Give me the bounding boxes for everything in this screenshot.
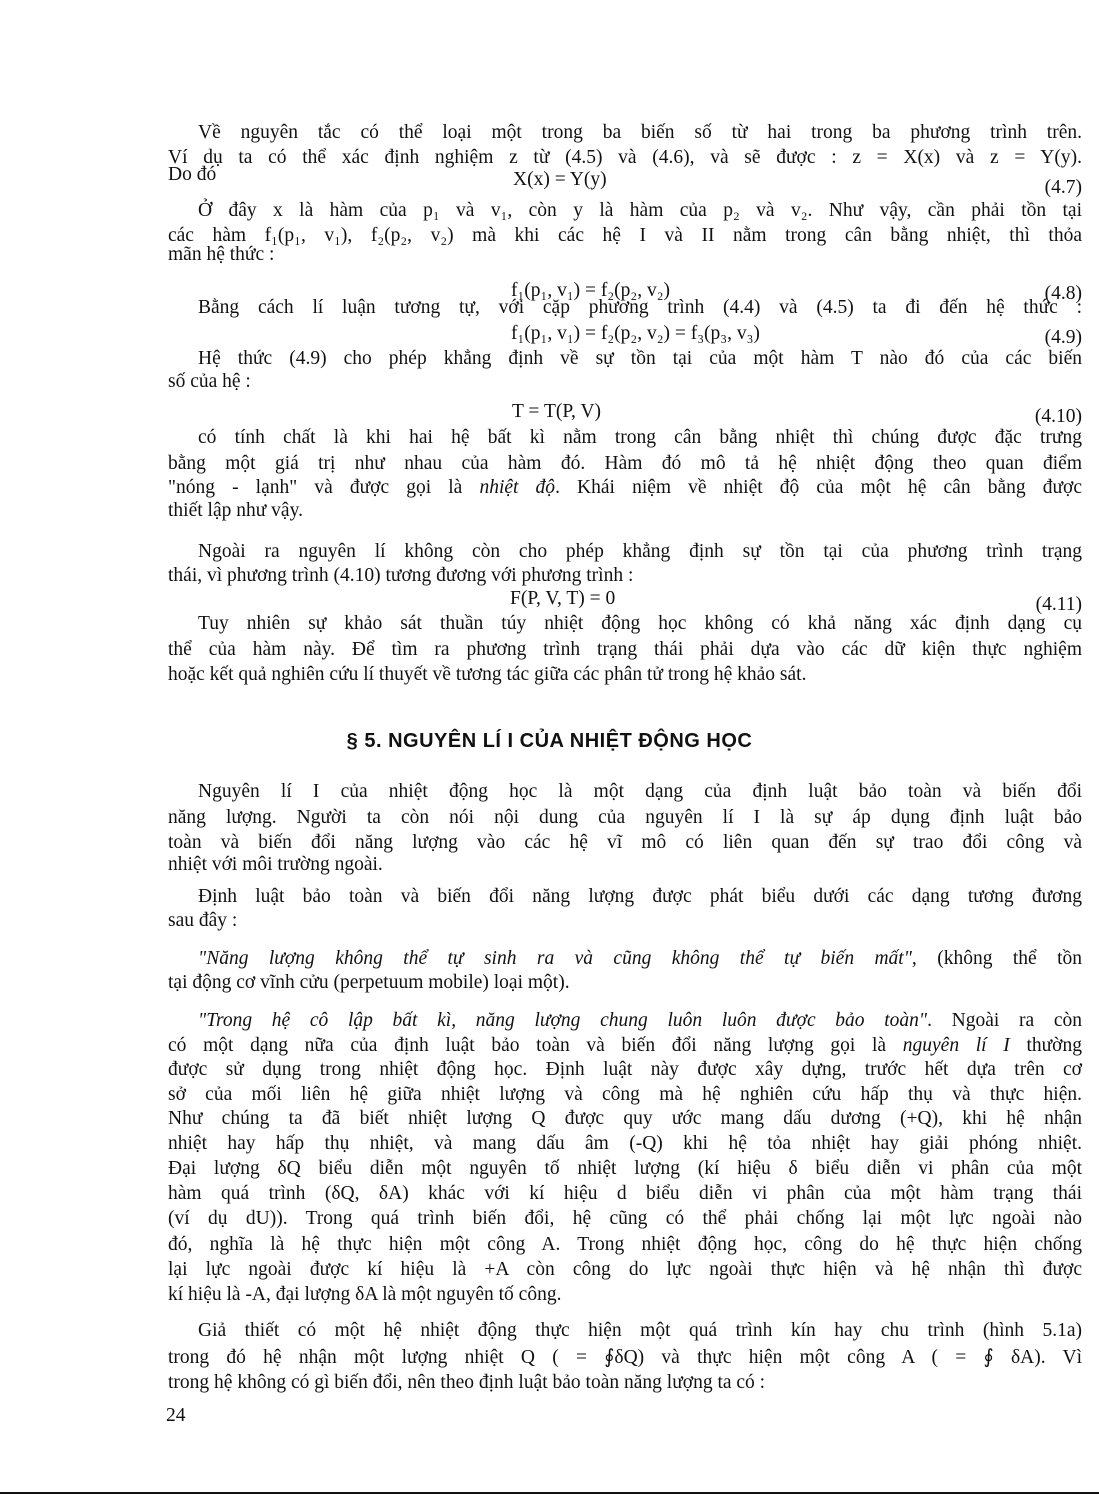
text-line: Về nguyên tắc có thể loại một trong ba b… [198, 121, 1082, 145]
text-line: trong hệ không có gì biến đổi, nên theo … [168, 1371, 1082, 1395]
text-run: có một dạng nữa của định luật bảo toàn v… [168, 1035, 903, 1056]
text-line: hoặc kết quả nghiên cứu lí thuyết về tươ… [168, 663, 1082, 687]
text-line: Định luật bảo toàn và biến đổi năng lượn… [198, 885, 1082, 909]
text-line: Bằng cách lí luận tương tự, với cặp phươ… [198, 296, 1082, 320]
text-line: Ngoài ra nguyên lí không còn cho phép kh… [198, 540, 1082, 564]
page-number: 24 [166, 1405, 186, 1427]
text-line: "nóng - lạnh" và được gọi là nhiệt độ. K… [168, 476, 1082, 500]
text-line: đó, nghĩa là hệ thực hiện một công A. Tr… [168, 1233, 1082, 1257]
text-line: thiết lập như vậy. [168, 499, 1082, 523]
italic-quote: "Trong hệ cô lập bất kì, năng lượng chun… [198, 1010, 927, 1031]
text-line: Tuy nhiên sự khảo sát thuần túy nhiệt độ… [198, 612, 1082, 636]
text-line: lại lực ngoài được kí hiệu là +A còn côn… [168, 1258, 1082, 1282]
text-line: mãn hệ thức : [168, 243, 1082, 267]
italic-term: nguyên lí I [903, 1035, 1010, 1056]
italic-quote: "Năng lượng không thể tự sinh ra và cũng… [198, 948, 912, 969]
equation-4-10: T = T(P, V) [512, 400, 601, 424]
section-heading: § 5. NGUYÊN LÍ I CỦA NHIỆT ĐỘNG HỌC [0, 730, 1099, 753]
text-line: nhiệt với môi trường ngoài. [168, 853, 1082, 877]
equation-4-7: X(x) = Y(y) [513, 168, 607, 192]
text-line: trong đó hệ nhận một lượng nhiệt Q ( = ∮… [168, 1346, 1082, 1370]
text-line: hàm quá trình (δQ, δA) khác với kí hiệu … [168, 1182, 1082, 1206]
text-line: toàn và biến đổi năng lượng vào các hệ v… [168, 831, 1082, 855]
text-line: thể của hàm này. Để tìm ra phương trình … [168, 638, 1082, 662]
text-run: thường [1010, 1035, 1082, 1056]
text-line: "Năng lượng không thể tự sinh ra và cũng… [198, 947, 1082, 971]
text-line: số của hệ : [168, 370, 1082, 394]
text-line: thái, vì phương trình (4.10) tương đương… [168, 564, 1082, 588]
text-line: kí hiệu là -A, đại lượng δA là một nguyê… [168, 1283, 1082, 1307]
text-line: có tính chất là khi hai hệ bất kì nằm tr… [198, 426, 1082, 450]
text-line: bằng một giá trị như nhau của hàm đó. Hà… [168, 452, 1082, 476]
text-line: Hệ thức (4.9) cho phép khẳng định về sự … [198, 347, 1082, 371]
equation-number: (4.7) [1045, 176, 1082, 200]
text-run: , (không thể tồn [912, 948, 1082, 969]
text-line: nhiệt hay hấp thụ nhiệt, và mang dấu âm … [168, 1132, 1082, 1156]
text-line: Nguyên lí I của nhiệt động học là một dạ… [198, 780, 1082, 804]
text-run: "nóng - lạnh" và được gọi là [168, 477, 479, 498]
text-line: Đại lượng δQ biểu diễn một nguyên tố nhi… [168, 1157, 1082, 1181]
text-line: tại động cơ vĩnh cửu (perpetuum mobile) … [168, 971, 1082, 995]
text-run: . Khái niệm về nhiệt độ của một hệ cân b… [555, 477, 1082, 498]
equation-4-11: F(P, V, T) = 0 [510, 587, 615, 611]
text-line: được sử dụng trong nhiệt động học. Định … [168, 1058, 1082, 1082]
text-line: (ví dụ dU)). Trong quá trình biến đổi, h… [168, 1207, 1082, 1231]
text-line: Giả thiết có một hệ nhiệt động thực hiện… [198, 1319, 1082, 1343]
italic-term: nhiệt độ [479, 477, 555, 498]
text-line: Như chúng ta đã biết nhiệt lượng Q được … [168, 1107, 1082, 1131]
bottom-rule [0, 1492, 1099, 1494]
text-line: Ở đây x là hàm của p₁ và v₁, còn y là hà… [198, 199, 1082, 223]
text-line: Do đó [168, 163, 1082, 187]
text-line: sở của mối liên hệ giữa nhiệt lượng và c… [168, 1083, 1082, 1107]
text-run: . Ngoài ra còn [927, 1010, 1082, 1031]
text-line: sau đây : [168, 909, 1082, 933]
text-line: "Trong hệ cô lập bất kì, năng lượng chun… [198, 1009, 1082, 1033]
text-line: có một dạng nữa của định luật bảo toàn v… [168, 1034, 1082, 1058]
equation-4-9: f₁(p₁, v₁) = f₂(p₂, v₂) = f₃(p₃, v₃) [511, 322, 760, 346]
text-line: năng lượng. Người ta còn nói nội dung củ… [168, 806, 1082, 830]
